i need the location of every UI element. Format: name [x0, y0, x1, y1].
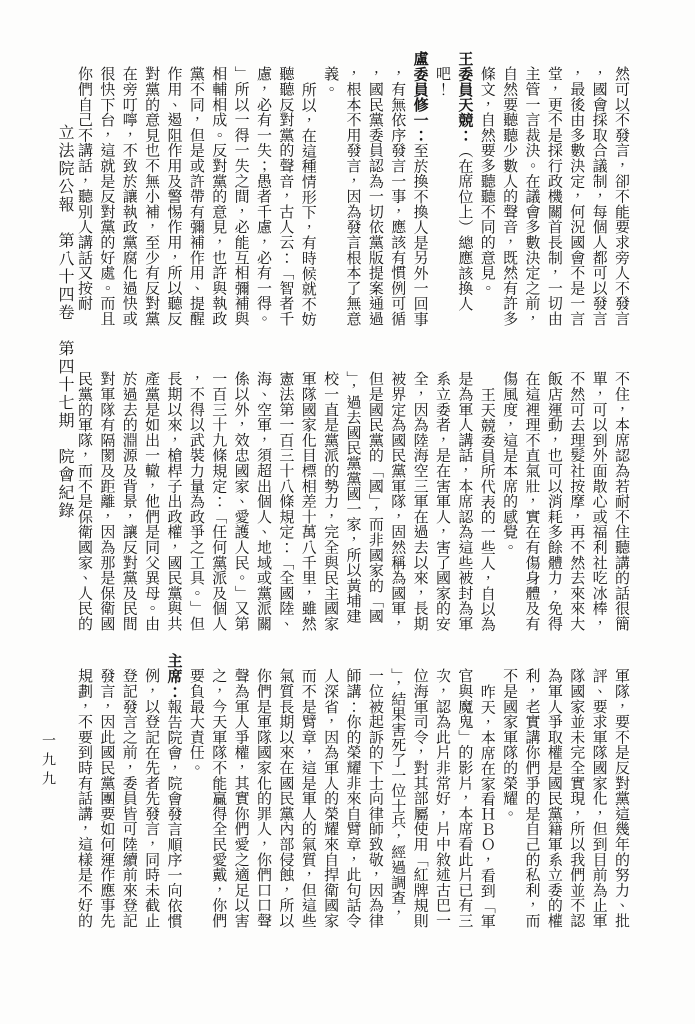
text-column: ，最後由多數決定，何況國會不是一言: [569, 51, 585, 326]
text-column: 單，可以到外面散心或福利社吃冰棒，: [592, 356, 608, 631]
text-column: 長期以來，槍桿子出政權，國民黨與共: [167, 356, 183, 631]
text-column: 自然要聽聽少數人的聲音，既然有許多: [502, 51, 518, 326]
text-column: 次，認為此片非常好，片中敘述古巴一: [435, 653, 451, 928]
text-column: 登記發言之前，委員皆可陸續前來登記: [122, 653, 138, 928]
speaker-name: 主席：: [166, 653, 184, 699]
text-column: 飯店運動，也可以消耗多餘體力，免得: [547, 356, 563, 631]
text-column: ，國會採取合議制，每個人都可以發言: [592, 51, 608, 326]
text-column: 你們自己不講話，聽別人講話又按耐: [77, 51, 93, 311]
text-column: 」，過去國民黨黨國一家，所以黃埔建: [346, 356, 362, 624]
text-column: 昨天，本席在家看ＨＢＯ，看到「軍: [480, 653, 496, 928]
text-column: 全，因為陸海空三軍在過去以來，長期: [413, 356, 429, 631]
text-register-middle: 不住，本席認為若耐不住聽講的話很簡單，可以到外面散心或福利社吃冰棒，不然可去理髮…: [77, 356, 630, 642]
text-column: 軍隊國家化目標相差十萬八千里，雖然: [301, 356, 317, 631]
text-column: 聲為軍人爭權，其實你們愛之適足以害: [234, 653, 250, 928]
text-column: 條文，自然要多聽聽不同的意見。: [480, 51, 496, 296]
text-column: 主管一言裁決。在議會多數決定之前，: [525, 51, 541, 326]
text-column: 堂，更不是採行政機關首長制，一切由: [547, 51, 563, 326]
gazette-page: 然可以不發言，卻不能要求旁人不發言，國會採取合議制，每個人都可以發言，最後由多數…: [0, 0, 695, 1024]
text-column: 校一直是黨派的勢力，完全與民主國家: [323, 356, 339, 631]
text-column: 規劃，不要到時有話講，這樣是不好的: [77, 653, 93, 928]
text-column: 官與魔鬼」的影片，本席看此片已有三: [457, 653, 473, 928]
text-column: 隊國家並未完全實現，所以我們並不認: [569, 653, 585, 928]
speaker-name: 王委員天競：: [456, 51, 474, 143]
text-column: 不是國家軍隊的榮耀。: [502, 653, 518, 821]
text-column: 產黨是如出一轍，他們是同父異母。由: [144, 356, 160, 631]
text-column: 被界定為國民黨軍隊，固然稱為國軍，: [390, 356, 406, 631]
text-column: ，根本不用發言，因為發言根本了無意: [346, 51, 362, 326]
text-column: 主席：報告院會，院會發言順序一向依慣: [167, 653, 183, 928]
text-column: 軍隊，要不是反對黨這幾年的努力、批: [614, 653, 630, 928]
text-column: ，國民黨委員認為一切依黨版提案通過: [368, 51, 384, 326]
text-column: 所以，在這種情形下，有時候就不妨: [301, 51, 317, 326]
text-column: 是為軍人講話，本席認為這些被封為軍: [457, 356, 473, 631]
text-column: 對軍隊有隔閡及距離，因為那是保衛國: [99, 356, 115, 631]
text-column: 一百三十九條規定：「任何黨派及個人: [211, 356, 227, 631]
text-column: 例，以登記在先者先發言，同時未截止: [144, 653, 160, 928]
text-column: ，有無依序發言一事，應該有慣例可循: [390, 51, 406, 326]
text-column: 然可以不發言，卻不能要求旁人不發言: [614, 51, 630, 326]
text-column: 很快下台，這就是反對黨的好處。而且: [99, 51, 115, 326]
text-column: 之，今天軍隊不能贏得全民愛戴，你們: [211, 653, 227, 928]
text-column: 一位被起訴的下士向律師致敬，因為律: [368, 653, 384, 928]
speaker-name: 盧委員修一：: [412, 51, 430, 143]
text-column: 你們是軍隊國家化的罪人，你們口口聲: [256, 653, 272, 928]
text-register-bottom: 軍隊，要不是反對黨這幾年的努力、批評、要求軍隊國家化，但到目前為止軍隊國家並未完…: [77, 653, 630, 939]
text-column: 」，結果害死了一位士兵，經過調查，: [390, 653, 406, 921]
text-column: 師講：你的榮耀非來自臂章，此句話令: [346, 653, 362, 928]
gazette-sidebar-title: 立法院公報 第八十四卷 第四十七期 院會紀錄: [55, 124, 76, 520]
text-column: 義。: [323, 51, 339, 97]
text-column: 對黨的意見也不無小補，至少有反對黨: [144, 51, 160, 326]
text-column: 氣質長期以來在國民黨內部侵蝕，所以: [278, 653, 294, 928]
text-column: 不然可去理髮社按摩，再不然去來來大: [569, 356, 585, 631]
text-column: 相輔相成。反對黨的意見，也許與執政: [211, 51, 227, 326]
text-column: 人深省，因為軍人的榮耀來自捍衛國家: [323, 653, 339, 928]
text-column: 作用、遏阻作用及警惕作用，所以聽反: [167, 51, 183, 326]
text-column: 不住，本席認為若耐不住聽講的話很簡: [614, 356, 630, 631]
text-column: 」所以一得一失之間，必能互相彌補與: [234, 51, 250, 326]
text-column: 吧！: [435, 51, 451, 97]
text-column: 聽聽反對黨的聲音，古人云：「智者千: [278, 51, 294, 326]
text-column: 慮，必有一失；愚者千慮，必有一得。: [256, 51, 272, 326]
text-column: 於過去的淵源及背景，讓反對黨及民間: [122, 356, 138, 631]
text-column: 王天競委員所代表的一些人，自以為: [480, 356, 496, 631]
text-column: 而不是臂章，這是軍人的氣質，但這些: [301, 653, 317, 928]
text-column: 黨不同，但是或許帶有彌補作用、提醒: [189, 51, 205, 326]
text-register-top: 然可以不發言，卻不能要求旁人不發言，國會採取合議制，每個人都可以發言，最後由多數…: [77, 51, 630, 337]
text-column: 為軍人爭取權是國民黨籍軍系立委的權: [547, 653, 563, 928]
text-column: 位海軍司令，對其部屬使用「紅牌規則: [413, 653, 429, 928]
text-column: 利，老實講你們爭的是自己的私利，而: [525, 653, 541, 928]
text-column: 盧委員修一：至於換不換人是另外一回事: [413, 51, 429, 326]
text-column: 系立委者，是在害軍人，害了國家的安: [435, 356, 451, 631]
text-column: 王委員天競：（在席位上）總應該換人: [457, 51, 473, 311]
text-column: 評、要求軍隊國家化，但到目前為止軍: [592, 653, 608, 928]
text-column: ，不得以武裝力量為政爭之工具。」但: [189, 356, 205, 631]
text-column: 係以外，效忠國家、愛護人民。」又第: [234, 356, 250, 631]
text-column: 發言，因此國民黨團要如何運作應事先: [99, 653, 115, 928]
text-column: 但是國民黨的「國」，而非國家的「國: [368, 356, 384, 624]
text-column: 海、空軍，須超出個人、地域或黨派關: [256, 356, 272, 631]
text-column: 在這裡理不直氣壯，實在有傷身體及有: [525, 356, 541, 631]
text-column: 傷風度，這是本席的感覺。: [502, 356, 518, 555]
page-number: 一九九: [39, 733, 57, 790]
text-column: 憲法第一百三十八條規定：「全國陸、: [278, 356, 294, 631]
text-column: 民黨的軍隊，而不是保衛國家、人民的: [77, 356, 93, 631]
text-column: 在旁叮嚀，不致於讓執政黨腐化過快或: [122, 51, 138, 326]
text-column: 要負最大責任。: [189, 653, 205, 775]
